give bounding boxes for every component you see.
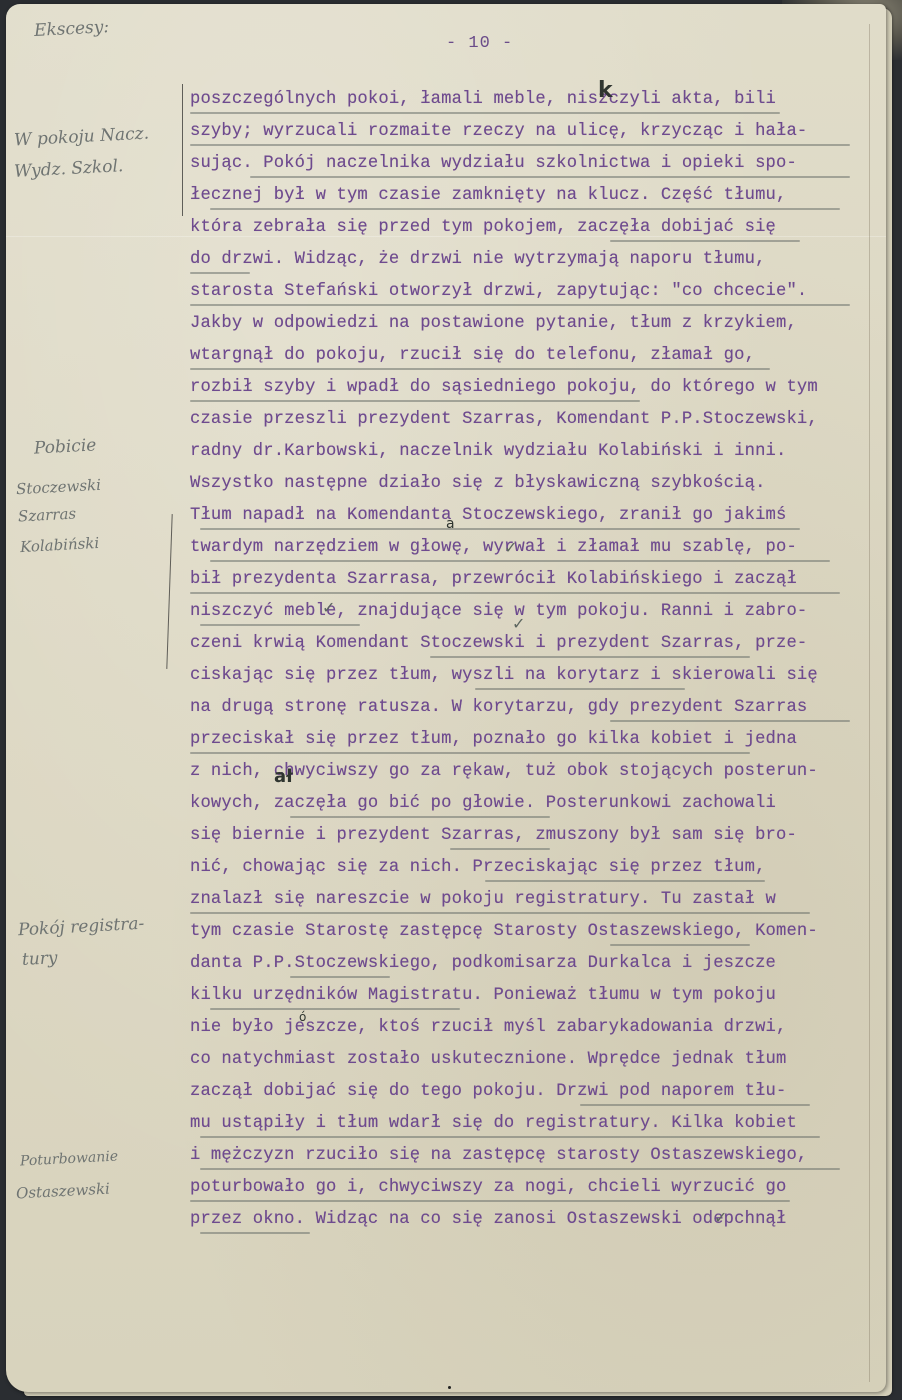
text-line: i mężczyzn rzuciło się na zastępcę staro… bbox=[190, 1140, 870, 1172]
text-line: się biernie i prezydent Szarras, zmuszon… bbox=[190, 820, 870, 852]
text-line: niszczyć meble, znajdujące się w tym pok… bbox=[190, 596, 870, 628]
page-number: - 10 - bbox=[446, 34, 513, 53]
margin-note-pokoj-nacz: W pokoju Nacz. bbox=[13, 118, 149, 155]
text-line: zaczął dobijać się do tego pokoju. Drzwi… bbox=[190, 1076, 870, 1108]
paper-speck bbox=[448, 1386, 451, 1389]
document-page: - 10 - Ekscesy: W pokoju Nacz. Wydz. Szk… bbox=[6, 4, 886, 1392]
text-line: czasie przeszli prezydent Szarras, Komen… bbox=[190, 404, 870, 436]
text-line: poturbowało go i, chwyciwszy za nogi, ch… bbox=[190, 1172, 870, 1204]
text-line: twardym narzędziem w głowę, wyrwał i zła… bbox=[190, 532, 870, 564]
text-line: danta P.P.Stoczewskiego, podkomisarza Du… bbox=[190, 948, 870, 980]
text-line: która zebrała się przed tym pokojem, zac… bbox=[190, 212, 870, 244]
typewritten-body: poszczególnych pokoi, łamali meble, nisz… bbox=[190, 84, 870, 1236]
text-line: Tłum napadł na Komendanta Stoczewskiego,… bbox=[190, 500, 870, 532]
text-line: radny dr.Karbowski, naczelnik wydziału K… bbox=[190, 436, 870, 468]
text-line: wtargnął do pokoju, rzucił się do telefo… bbox=[190, 340, 870, 372]
text-line: kilku urzędników Magistratu. Ponieważ tł… bbox=[190, 980, 870, 1012]
text-line: czeni krwią Komendant Stoczewski i prezy… bbox=[190, 628, 870, 660]
text-line: ciskając się przez tłum, wyszli na koryt… bbox=[190, 660, 870, 692]
text-line: bił prezydenta Szarrasa, przewrócił Kola… bbox=[190, 564, 870, 596]
ink-correction-o: ó bbox=[299, 1010, 306, 1024]
text-line: łecznej był w tym czasie zamknięty na kl… bbox=[190, 180, 870, 212]
text-line: tym czasie Starostę zastępcę Starosty Os… bbox=[190, 916, 870, 948]
ink-correction-k: k bbox=[598, 78, 613, 103]
text-line: Jakby w odpowiedzi na postawione pytanie… bbox=[190, 308, 870, 340]
margin-note-szarras: Szarras bbox=[17, 498, 77, 531]
pencil-check-icon: ✓ bbox=[512, 614, 525, 633]
text-line: na drugą stronę ratusza. W korytarzu, gd… bbox=[190, 692, 870, 724]
margin-note-pobicie: Pobicie bbox=[33, 430, 97, 463]
margin-note-pokoj-registratury: Pokój registra- bbox=[17, 909, 145, 946]
text-line: mu ustąpiły i tłum wdarł się do registra… bbox=[190, 1108, 870, 1140]
ink-correction-a: a bbox=[446, 516, 455, 532]
ink-correction-al: ał bbox=[274, 766, 293, 787]
text-line: nić, chowając się za nich. Przeciskając … bbox=[190, 852, 870, 884]
pencil-check-icon: ✓ bbox=[322, 598, 335, 617]
text-line: nie było jeszcze, ktoś rzucił myśl zabar… bbox=[190, 1012, 870, 1044]
margin-note-ostaszewski: Ostaszewski bbox=[15, 1174, 110, 1209]
margin-bracket-line bbox=[166, 514, 172, 669]
text-line: znalazł się nareszcie w pokoju registrat… bbox=[190, 884, 870, 916]
text-line: przez okno. Widząc na co się zanosi Osta… bbox=[190, 1204, 870, 1236]
text-line: Wszystko następne działo się z błyskawic… bbox=[190, 468, 870, 500]
margin-note-registratury-cont: tury bbox=[21, 943, 58, 975]
text-line: sując. Pokój naczelnika wydziału szkolni… bbox=[190, 148, 870, 180]
text-line: szyby; wyrzucali rozmaite rzeczy na ulic… bbox=[190, 116, 870, 148]
text-line: starosta Stefański otworzył drzwi, zapyt… bbox=[190, 276, 870, 308]
margin-note-wydz-szkol: Wydz. Szkol. bbox=[13, 151, 124, 187]
text-line: do drzwi. Widząc, że drzwi nie wytrzymaj… bbox=[190, 244, 870, 276]
text-line: kowych, zaczęła go bić po głowie. Poster… bbox=[190, 788, 870, 820]
text-line: poszczególnych pokoi, łamali meble, nisz… bbox=[190, 84, 870, 116]
margin-bracket-line bbox=[182, 84, 183, 216]
pencil-check-icon: ✓ bbox=[714, 1208, 727, 1227]
margin-note-kolabinski: Kolabiński bbox=[19, 528, 100, 562]
text-line: co natychmiast zostało uskutecznione. Wp… bbox=[190, 1044, 870, 1076]
text-line: rozbił szyby i wpadł do sąsiedniego poko… bbox=[190, 372, 870, 404]
text-line: przeciskał się przez tłum, poznało go ki… bbox=[190, 724, 870, 756]
margin-note-poturbowanie: Poturbowanie bbox=[19, 1141, 119, 1176]
margin-note-ekscesy: Ekscesy: bbox=[33, 12, 110, 46]
pencil-check-icon: ✓ bbox=[504, 538, 517, 557]
